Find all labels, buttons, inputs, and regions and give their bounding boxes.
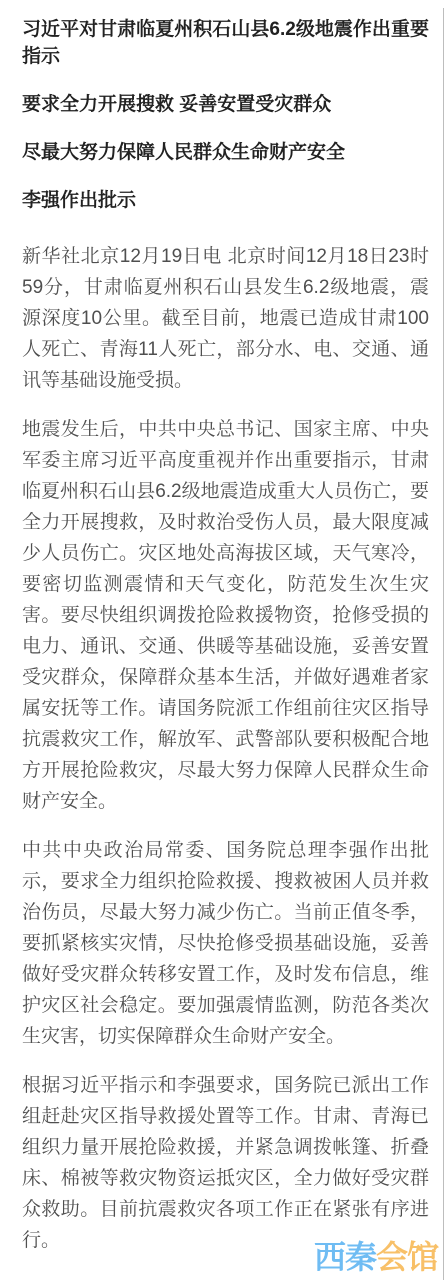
article-paragraph-3: 中共中央政治局常委、国务院总理李强作出批示，要求全力组织抢险救援、搜救被困人员并… <box>22 835 429 1052</box>
watermark-part-1: 西秦 <box>314 1239 376 1275</box>
watermark-part-2: 会馆 <box>376 1239 438 1275</box>
article-page: 习近平对甘肃临夏州积石山县6.2级地震作出重要指示 要求全力开展搜救 妥善安置受… <box>0 0 447 1280</box>
article-headline-2: 要求全力开展搜救 妥善安置受灾群众 <box>22 91 429 118</box>
article-headline-1: 习近平对甘肃临夏州积石山县6.2级地震作出重要指示 <box>22 16 429 70</box>
article-headline-4: 李强作出批示 <box>22 187 429 214</box>
right-divider-line <box>443 8 444 1280</box>
article-headline-3: 尽最大努力保障人民群众生命财产安全 <box>22 139 429 166</box>
watermark: 西秦会馆 <box>314 1240 438 1274</box>
article-paragraph-4: 根据习近平指示和李强要求，国务院已派出工作组赶赴灾区指导救援处置等工作。甘肃、青… <box>22 1070 429 1256</box>
article-paragraph-2: 地震发生后，中共中央总书记、国家主席、中央军委主席习近平高度重视并作出重要指示，… <box>22 414 429 817</box>
article-paragraph-1: 新华社北京12月19日电 北京时间12月18日23时59分，甘肃临夏州积石山县发… <box>22 241 429 396</box>
